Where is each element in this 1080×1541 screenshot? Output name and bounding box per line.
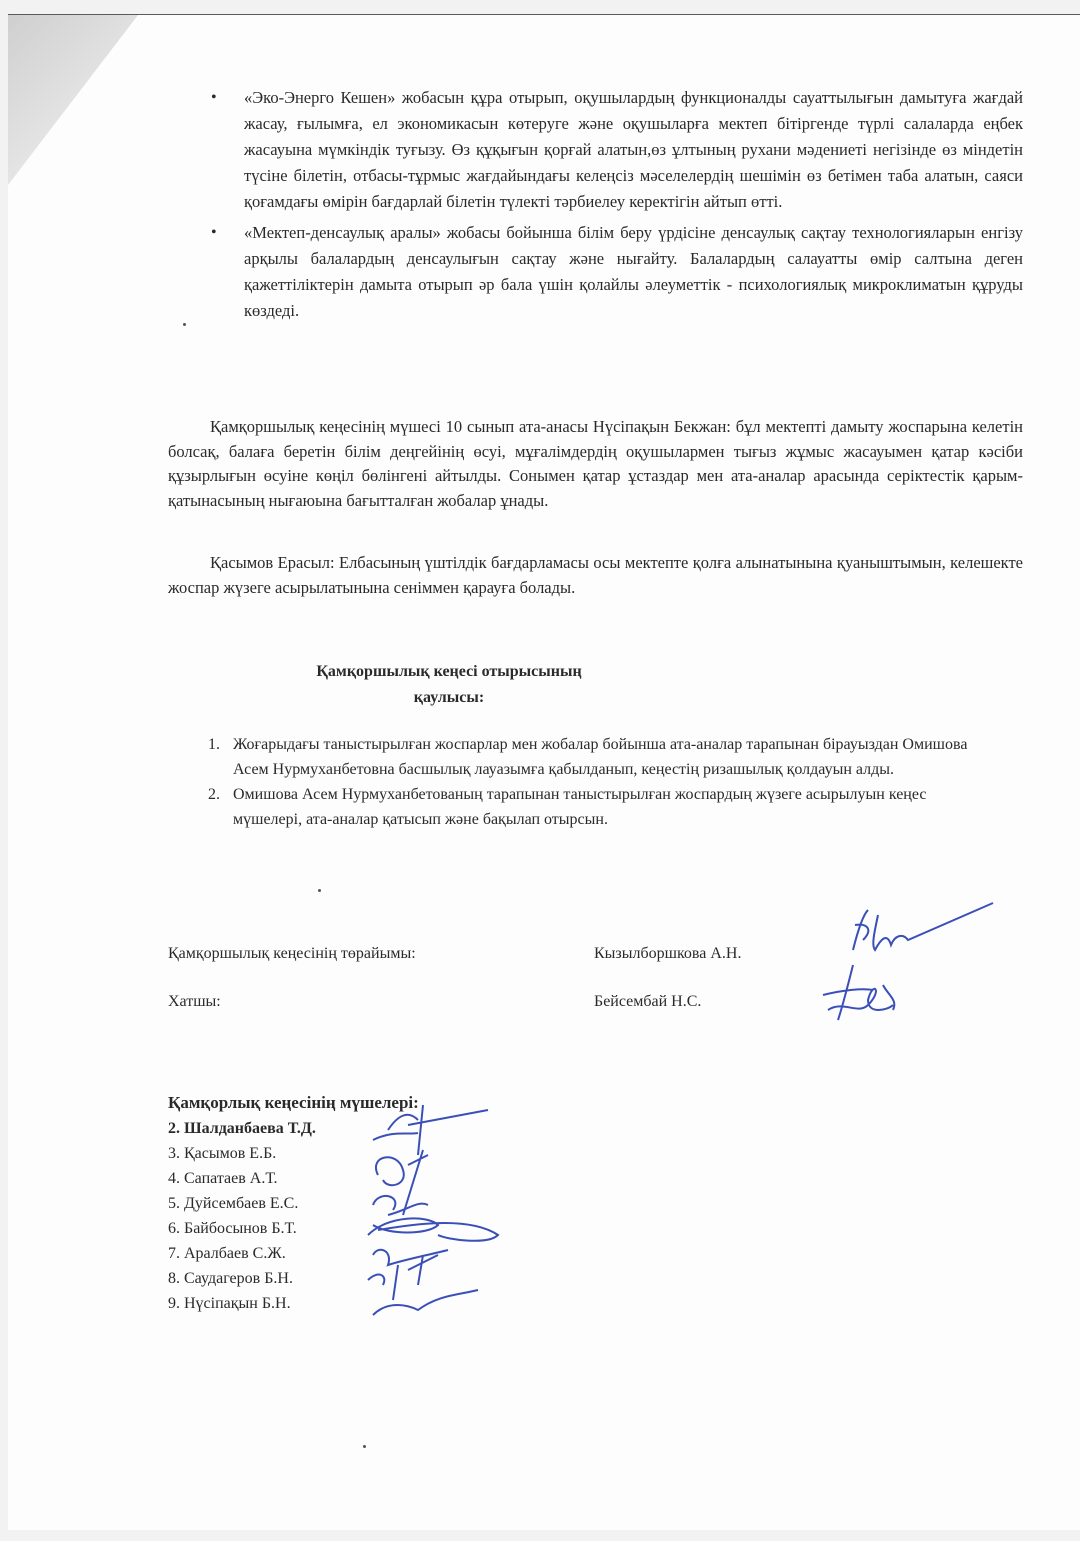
project-bullet-list: • «Эко-Энерго Кешен» жобасын құра отырып… — [208, 85, 1023, 324]
scan-speck — [318, 889, 321, 892]
bullet-text: «Мектеп-денсаулық аралы» жобасы бойынша … — [244, 223, 1023, 320]
members-signatures-icon — [348, 1095, 518, 1325]
secretary-name: Бейсембай Н.С. — [594, 991, 701, 1013]
chair-signature-icon — [833, 895, 1003, 965]
member-item: 4. Сапатаев А.Т. — [168, 1166, 316, 1191]
secretary-label: Хатшы: — [168, 991, 221, 1013]
bullet-eco-energy: • «Эко-Энерго Кешен» жобасын құра отырып… — [208, 85, 1023, 215]
item-text: Омишова Асем Нурмуханбетованың тарапынан… — [233, 786, 926, 828]
chair-name: Кызылборшкова А.Н. — [594, 943, 741, 965]
item-text: Жоғарыдағы таныстырылған жоспарлар мен ж… — [233, 736, 967, 778]
member-item: 2. Шалданбаева Т.Д. — [168, 1116, 316, 1141]
member-item: 3. Қасымов Е.Б. — [168, 1141, 316, 1166]
bullet-icon: • — [211, 220, 217, 246]
paragraph-member-statement: Қамқоршылық кеңесінің мүшесі 10 сынып ат… — [168, 415, 1023, 513]
item-number: 2. — [208, 782, 220, 807]
scan-speck — [183, 323, 186, 326]
scan-speck — [363, 1445, 366, 1448]
chair-label: Қамқоршылық кеңесінің төрайымы: — [168, 943, 416, 965]
member-item: 5. Дуйсембаев Е.С. — [168, 1191, 316, 1216]
member-item: 9. Нүсіпақын Б.Н. — [168, 1291, 316, 1316]
paragraph-kasymov-statement: Қасымов Ерасыл: Елбасының үштілдік бағда… — [168, 551, 1023, 600]
bullet-school-health: • «Мектеп-денсаулық аралы» жобасы бойынш… — [208, 220, 1023, 324]
bullet-text: «Эко-Энерго Кешен» жобасын құра отырып, … — [244, 88, 1023, 211]
resolution-item: 1. Жоғарыдағы таныстырылған жоспарлар ме… — [208, 732, 998, 782]
item-number: 1. — [208, 732, 220, 757]
scanned-document-page: • «Эко-Энерго Кешен» жобасын құра отырып… — [8, 14, 1080, 1530]
resolution-subtitle: қаулысы: — [8, 685, 985, 711]
secretary-signature-icon — [813, 960, 923, 1025]
resolution-title: Қамқоршылық кеңесі отырысының — [8, 659, 985, 685]
member-item: 8. Саудагеров Б.Н. — [168, 1266, 316, 1291]
member-item: 7. Аралбаев С.Ж. — [168, 1241, 316, 1266]
resolution-list: 1. Жоғарыдағы таныстырылған жоспарлар ме… — [208, 732, 998, 832]
members-list: 2. Шалданбаева Т.Д. 3. Қасымов Е.Б. 4. С… — [168, 1116, 316, 1316]
resolution-item: 2. Омишова Асем Нурмуханбетованың тарапы… — [208, 782, 998, 832]
folded-corner — [8, 15, 138, 185]
member-item: 6. Байбосынов Б.Т. — [168, 1216, 316, 1241]
bullet-icon: • — [211, 85, 217, 111]
